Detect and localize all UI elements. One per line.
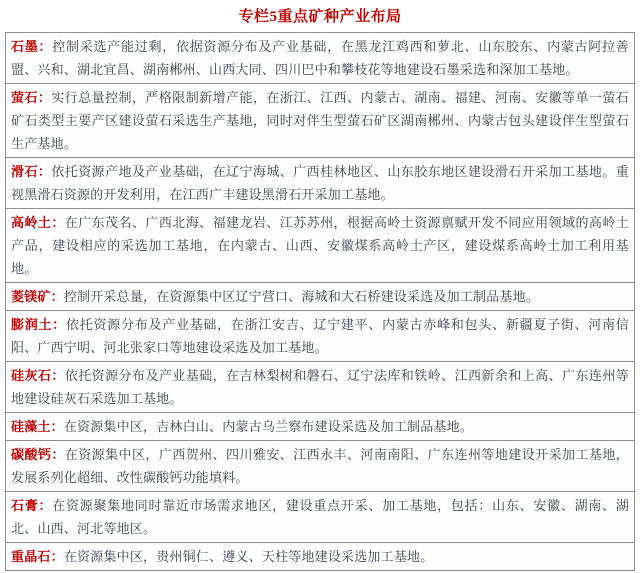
row-text: 在资源集中区，吉林白山、内蒙古乌兰察布建设采选及加工制品基地。 xyxy=(64,419,473,434)
table-row-bentonite: 膨润土：依托资源分布及产业基础，在浙江安吉、辽宁建平、内蒙古赤峰和包头、新疆夏子… xyxy=(6,310,634,361)
mineral-name: 膨润土： xyxy=(11,317,66,332)
table-row-graphite: 石墨：控制采选产能过剩，依据资源分布及产业基础，在黑龙江鸡西和萝北、山东胶东、内… xyxy=(6,33,634,83)
table-row-diatomite: 硅藻土：在资源集中区，吉林白山、内蒙古乌兰察布建设采选及加工制品基地。 xyxy=(6,412,634,440)
mineral-name: 石膏： xyxy=(11,498,52,513)
table-row-gypsum: 石膏：在资源聚集地同时靠近市场需求地区，建设重点开采、加工基地，包括：山东、安徽… xyxy=(6,491,634,542)
table-row-kaolin: 高岭土：在广东茂名、广西北海、福建龙岩、江苏苏州，根据高岭土资源禀赋开发不同应用… xyxy=(6,208,634,282)
mineral-name: 硅灰石： xyxy=(11,368,65,383)
row-text: 实行总量控制，严格限制新增产能，在浙江、江西、内蒙古、湖南、福建、河南、安徽等单… xyxy=(11,90,629,151)
document-page: 专栏5重点矿种产业布局 石墨：控制采选产能过剩，依据资源分布及产业基础，在黑龙江… xyxy=(0,0,640,573)
mineral-name: 高岭土： xyxy=(11,215,65,230)
table-row-barite: 重晶石：在资源集中区，贵州铜仁、遵义、天柱等地建设采选加工基地。 xyxy=(6,542,634,570)
mineral-layout-table: 石墨：控制采选产能过剩，依据资源分布及产业基础，在黑龙江鸡西和萝北、山东胶东、内… xyxy=(5,32,635,571)
row-text: 在资源聚集地同时靠近市场需求地区，建设重点开采、加工基地，包括：山东、安徽、湖南… xyxy=(11,498,629,536)
row-text: 在资源集中区，广西贺州、四川雅安、江西永丰、河南南阳、广东连州等地建设开采加工基… xyxy=(11,447,629,485)
mineral-name: 重晶石： xyxy=(11,549,64,564)
table-row-talc: 滑石：依托资源产地及产业基础，在辽宁海城、广西桂林地区、山东胶东地区建设滑石开采… xyxy=(6,157,634,208)
row-text: 依托资源产地及产业基础，在辽宁海城、广西桂林地区、山东胶东地区建设滑石开采加工基… xyxy=(11,164,629,202)
row-text: 依托资源分布及产业基础，在浙江安吉、辽宁建平、内蒙古赤峰和包头、新疆夏子街、河南… xyxy=(11,317,629,355)
row-text: 控制开采总量，在资源集中区辽宁营口、海城和大石桥建设采选及加工制品基地。 xyxy=(64,289,539,304)
mineral-name: 菱镁矿： xyxy=(11,289,64,304)
row-text: 在广东茂名、广西北海、福建龙岩、江苏苏州，根据高岭土资源禀赋开发不同应用领域的高… xyxy=(11,215,629,276)
mineral-name: 硅藻土： xyxy=(11,419,64,434)
mineral-name: 萤石： xyxy=(11,90,51,105)
row-text: 控制采选产能过剩，依据资源分布及产业基础，在黑龙江鸡西和萝北、山东胶东、内蒙古阿… xyxy=(11,39,629,77)
mineral-name: 石墨： xyxy=(11,39,52,54)
row-text: 依托资源分布及产业基础，在吉林梨树和磐石、辽宁法库和铁岭、江西新余和上高、广东连… xyxy=(11,368,629,406)
mineral-name: 碳酸钙： xyxy=(11,447,65,462)
table-row-magnesite: 菱镁矿：控制开采总量，在资源集中区辽宁营口、海城和大石桥建设采选及加工制品基地。 xyxy=(6,282,634,310)
table-row-calcium-carbonate: 碳酸钙：在资源集中区，广西贺州、四川雅安、江西永丰、河南南阳、广东连州等地建设开… xyxy=(6,440,634,491)
table-row-fluorite: 萤石：实行总量控制，严格限制新增产能，在浙江、江西、内蒙古、湖南、福建、河南、安… xyxy=(6,83,634,157)
mineral-name: 滑石： xyxy=(11,164,51,179)
table-row-wollastonite: 硅灰石：依托资源分布及产业基础，在吉林梨树和磐石、辽宁法库和铁岭、江西新余和上高… xyxy=(6,361,634,412)
row-text: 在资源集中区，贵州铜仁、遵义、天柱等地建设采选加工基地。 xyxy=(64,549,434,564)
page-title: 专栏5重点矿种产业布局 xyxy=(5,6,635,28)
